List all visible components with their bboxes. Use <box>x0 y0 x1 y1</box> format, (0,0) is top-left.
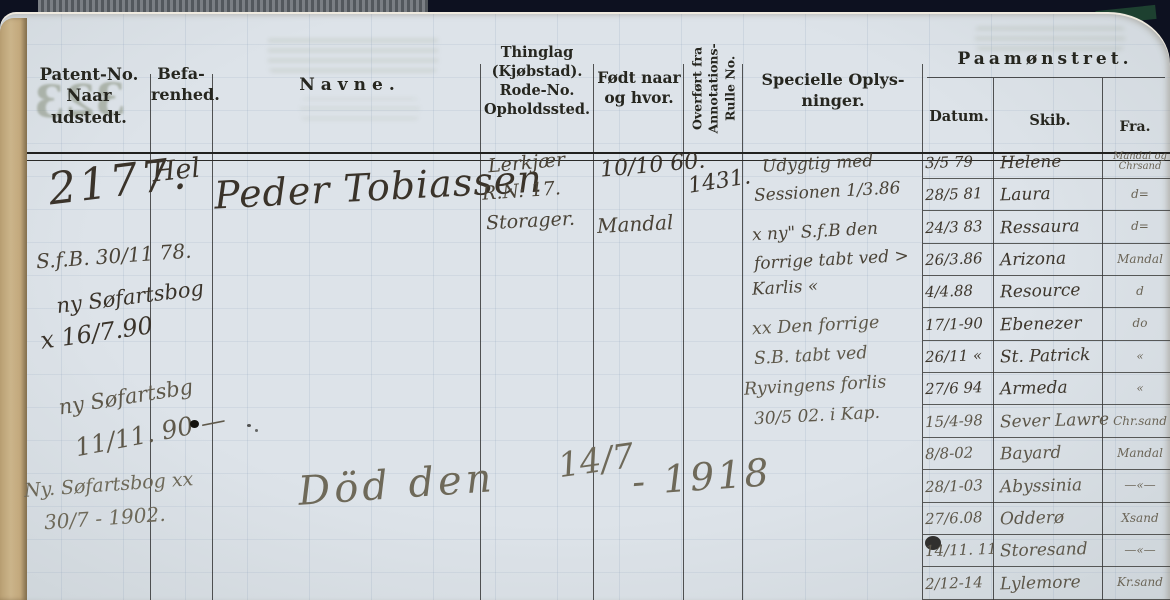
special-line: forrige tabt ved > <box>754 246 910 275</box>
bleed-through-text <box>975 26 1125 50</box>
muster-ship: Ebenezer <box>994 312 1110 335</box>
header-patent-no: Patent-No.Naar udstedt. <box>30 64 148 128</box>
muster-row: 28/5 81Laurad= <box>923 178 1170 211</box>
muster-row: 3/5 79HeleneMandal og Chrsand <box>923 146 1170 179</box>
thinglag-line: R.N: 17. <box>481 177 561 206</box>
header-fodt: Født naarog hvor. <box>596 68 682 108</box>
ink-speck <box>255 429 258 432</box>
header-thinglag: Thinglag(Kjøbstad). Rode-No.Opholdssted. <box>482 44 592 119</box>
muster-ship: Helene <box>994 150 1110 173</box>
header-overfort: Overført fraAnnotations- Rulle No. <box>690 32 739 144</box>
patent-note: Ny. Søfartsbog xx <box>23 468 194 504</box>
muster-ship: Abyssinia <box>994 474 1110 497</box>
special-line: xx Den forrige <box>752 313 880 342</box>
befarenhed-value: Hel <box>150 152 201 191</box>
header-skib: Skib. <box>1000 112 1100 131</box>
muster-date: 27/6 94 <box>923 378 995 398</box>
muster-row: 17/1-90Ebenezerdo <box>923 308 1170 341</box>
death-note: Död den <box>296 453 497 517</box>
ink-speck <box>247 424 251 427</box>
muster-row: 28/1-03Abyssinia—«— <box>923 470 1170 503</box>
muster-from: Mandal <box>1110 447 1170 460</box>
muster-from: Xsand <box>1110 512 1170 525</box>
muster-row: 26/11 «St. Patrick« <box>923 340 1170 373</box>
muster-from: Mandal <box>1110 253 1170 266</box>
muster-ship: Resource <box>994 280 1110 303</box>
special-line: x ny" S.f.B den <box>752 219 879 247</box>
bleed-through-text <box>268 36 438 72</box>
muster-ship: Lylemore <box>994 571 1110 594</box>
muster-from: « <box>1110 350 1170 363</box>
muster-row: 8/8-02BayardMandal <box>923 437 1170 470</box>
muster-date: 26/3.86 <box>923 249 995 269</box>
muster-date: 3/5 79 <box>923 152 995 172</box>
muster-row: 4/4.88Resourced <box>923 275 1170 308</box>
bleed-through-text <box>300 98 420 120</box>
muster-row: 27/6 94Armeda« <box>923 372 1170 405</box>
thinglag-line: Storager. <box>485 208 575 236</box>
muster-from: d= <box>1110 220 1170 233</box>
muster-from: do <box>1110 317 1170 330</box>
muster-ship: Sever Lawrence <box>994 409 1110 432</box>
special-line: S.B. tabt ved <box>754 343 869 371</box>
muster-date: 2/12-14 <box>923 572 995 592</box>
muster-from: « <box>1110 382 1170 395</box>
header-specielle: Specielle Oplys-ninger. <box>746 70 920 112</box>
muster-from: Mandal og Chrsand <box>1110 152 1170 173</box>
muster-ship: Laura <box>994 183 1110 206</box>
column-divider <box>742 64 743 600</box>
paamonstret-underline <box>927 77 1165 78</box>
muster-from: Kr.sand <box>1110 576 1170 589</box>
muster-ship: Odderø <box>994 506 1110 529</box>
muster-date: 27/6.08 <box>923 508 995 528</box>
muster-date: 15/4-98 <box>923 411 995 431</box>
header-befarenhed: Befa-renhed. <box>151 64 211 106</box>
ink-blot <box>190 420 199 428</box>
header-datum: Datum. <box>926 108 992 127</box>
born-place: Mandal <box>596 210 674 239</box>
muster-ship: Ressaura <box>994 215 1110 238</box>
muster-row: 15/4-98Sever LawrenceChr.sand <box>923 405 1170 438</box>
page-left-edge <box>0 18 27 600</box>
patent-note: S.f.B. 30/11 78. <box>35 239 192 275</box>
muster-ship: Bayard <box>994 442 1110 465</box>
muster-row: 14/11. 11Storesand—«— <box>923 534 1170 567</box>
patent-note: x 16/7.90 <box>38 310 154 355</box>
special-line: Karlis « <box>751 276 818 301</box>
muster-date: 28/1-03 <box>923 475 995 495</box>
muster-from: —«— <box>1110 544 1170 557</box>
muster-date: 26/11 « <box>923 346 995 366</box>
muster-date: 14/11. 11 <box>923 540 995 560</box>
column-divider <box>480 64 481 600</box>
muster-ship: St. Patrick <box>994 345 1110 368</box>
muster-ship: Storesand <box>994 539 1110 562</box>
patent-note: 30/7 - 1902. <box>43 502 166 535</box>
muster-from: d= <box>1110 188 1170 201</box>
muster-row: 24/3 83Ressaurad= <box>923 211 1170 244</box>
muster-date: 24/3 83 <box>923 216 995 236</box>
muster-row: 27/6.08OdderøXsand <box>923 502 1170 535</box>
muster-ship: Armeda <box>994 377 1110 400</box>
muster-date: 4/4.88 <box>923 281 995 301</box>
muster-date: 8/8-02 <box>923 443 995 463</box>
death-note-year: - 1918 <box>631 449 774 506</box>
muster-row: 26/3.86ArizonaMandal <box>923 243 1170 276</box>
muster-date: 17/1-90 <box>923 314 995 334</box>
special-line: Sessionen 1/3.86 <box>754 178 902 207</box>
muster-ship: Arizona <box>994 248 1110 271</box>
header-navne: Navne. <box>240 74 460 96</box>
header-fra: Fra. <box>1104 118 1166 136</box>
muster-row: 2/12-14LylemoreKr.sand <box>923 567 1170 600</box>
ledger-scan: 323 Patent-No.Naar udstedt. Befa-renhed.… <box>0 0 1170 600</box>
column-divider <box>683 64 684 600</box>
muster-from: —«— <box>1110 479 1170 492</box>
header-paamonstret: Paamønstret. <box>930 48 1160 70</box>
ledger-page: 323 Patent-No.Naar udstedt. Befa-renhed.… <box>0 12 1170 600</box>
muster-from: d <box>1110 285 1170 298</box>
death-note-date: 14/7 <box>555 435 637 488</box>
special-line: Udygtig med <box>762 151 874 178</box>
muster-from: Chr.sand <box>1110 415 1170 428</box>
column-divider <box>593 64 594 600</box>
muster-date: 28/5 81 <box>923 184 995 204</box>
special-line: Ryvingens forlis <box>744 372 887 401</box>
special-line: 30/5 02. i Kap. <box>754 403 881 431</box>
